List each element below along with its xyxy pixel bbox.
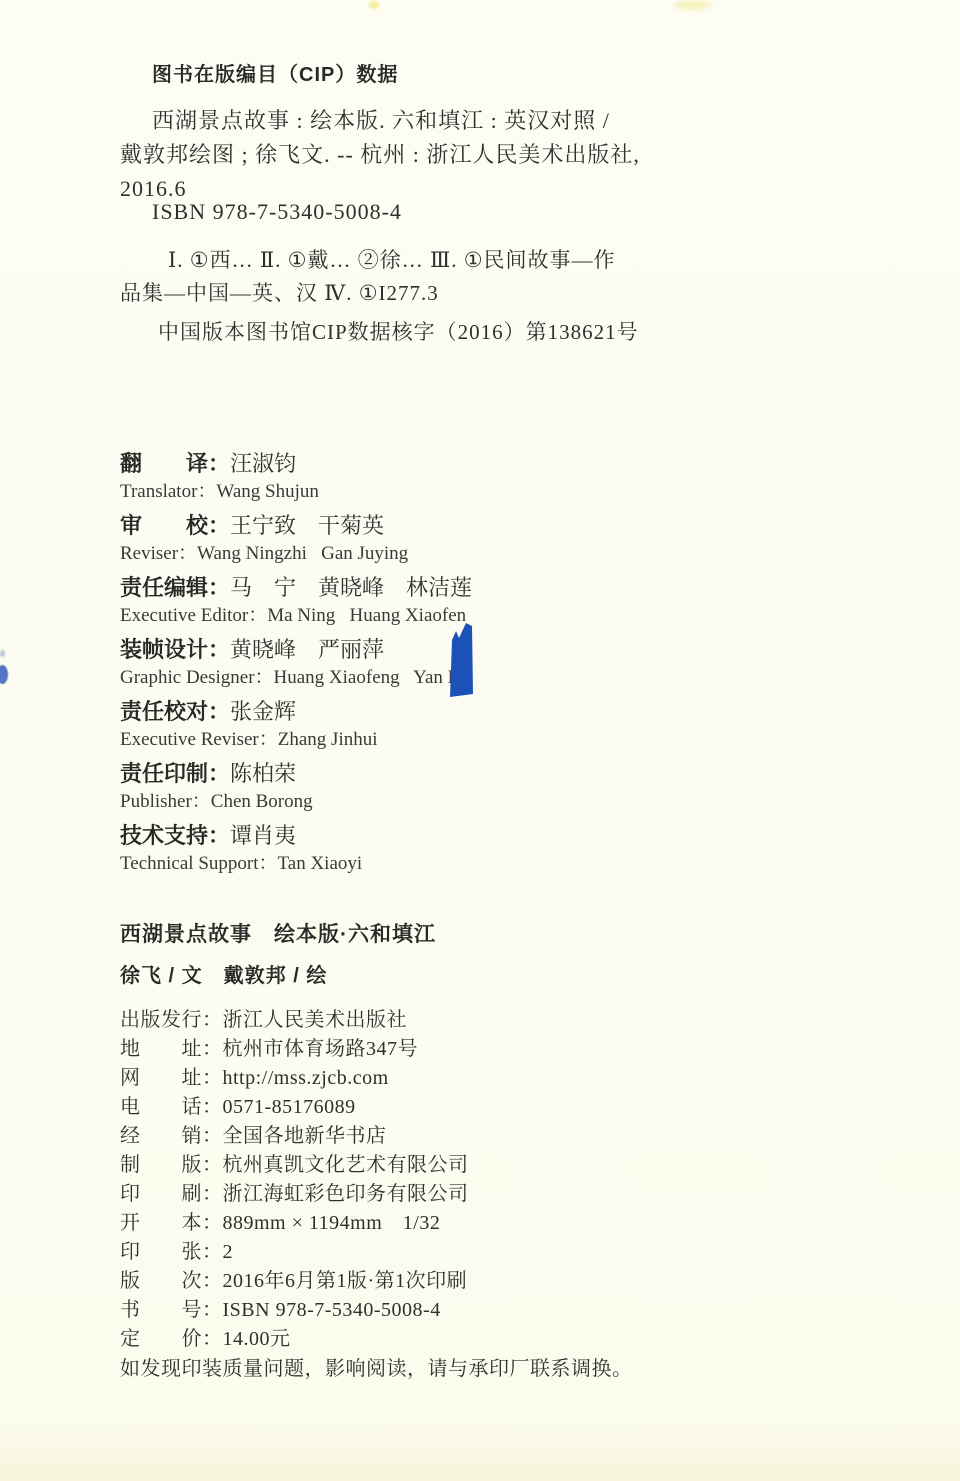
credit-label-zh: 审 校： xyxy=(120,513,230,538)
publishing-label: 网 址： xyxy=(120,1067,223,1089)
credit-value-zh: 王宁致 干菊英 xyxy=(230,513,384,538)
credit-row-executive-editor: 责任编辑：马 宁 黄晓峰 林洁莲 Executive Editor：Ma Nin… xyxy=(120,574,472,630)
yellow-stain-smudge xyxy=(674,0,712,10)
credit-row-executive-reviser: 责任校对：张金辉 Executive Reviser：Zhang Jinhui xyxy=(120,698,472,754)
publishing-colophon: 出版发行：浙江人民美术出版社 地 址：杭州市体育场路347号 网 址：http:… xyxy=(120,1006,633,1384)
cip-registration: 中国版本图书馆CIP数据核字（2016）第138621号 xyxy=(158,316,639,346)
credit-value-en: Tan Xiaoyi xyxy=(278,853,363,874)
publishing-label: 开 本： xyxy=(120,1212,223,1234)
credit-label-zh: 装帧设计： xyxy=(120,637,230,662)
yellow-stain-dot xyxy=(369,1,379,9)
book-title-block: 西湖景点故事 绘本版·六和填江 徐飞 / 文 戴敦邦 / 绘 xyxy=(120,918,436,988)
cip-description-line: 戴敦邦绘图 ; 徐飞文. -- 杭州 : 浙江人民美术出版社, xyxy=(120,138,640,172)
credit-row-reviser: 审 校：王宁致 干菊英 Reviser：Wang Ningzhi Gan Juy… xyxy=(120,512,472,568)
credit-row-translator: 翻 译：汪淑钧 Translator：Wang Shujun xyxy=(120,450,472,506)
publishing-label: 地 址： xyxy=(120,1038,223,1060)
publishing-value: 浙江海虹彩色印务有限公司 xyxy=(223,1183,469,1205)
credit-label-zh: 责任校对： xyxy=(120,699,230,724)
credit-value-en: Zhang Jinhui xyxy=(278,729,378,750)
publishing-value: 全国各地新华书店 xyxy=(223,1125,387,1147)
credit-value-zh: 陈柏荣 xyxy=(230,761,296,786)
credit-row-publisher: 责任印制：陈柏荣 Publisher：Chen Borong xyxy=(120,760,472,816)
copyright-page: 图书在版编目（CIP）数据 西湖景点故事 : 绘本版. 六和填江 : 英汉对照 … xyxy=(0,0,960,1481)
publishing-value: 14.00元 xyxy=(223,1328,291,1350)
publishing-row-price: 定 价：14.00元 xyxy=(120,1325,633,1354)
credit-label-en: Reviser： xyxy=(120,543,197,564)
publishing-label: 出版发行： xyxy=(120,1009,223,1031)
publishing-row-publisher: 出版发行：浙江人民美术出版社 xyxy=(120,1006,633,1035)
credit-row-graphic-designer: 装帧设计：黄晓峰 严丽萍 Graphic Designer：Huang Xiao… xyxy=(120,636,472,692)
publishing-value: 889mm × 1194mm 1/32 xyxy=(223,1212,441,1234)
credit-value-zh: 汪淑钧 xyxy=(230,451,296,476)
publishing-row-format: 开 本：889mm × 1194mm 1/32 xyxy=(120,1209,633,1238)
publishing-label: 定 价： xyxy=(120,1328,223,1350)
book-title: 西湖景点故事 绘本版·六和填江 xyxy=(120,918,436,948)
cip-header: 图书在版编目（CIP）数据 xyxy=(152,58,398,87)
cip-classification-line: 品集—中国—英、汉 Ⅳ. ①I277.3 xyxy=(120,277,616,310)
credit-value-zh: 马 宁 黄晓峰 林洁莲 xyxy=(230,575,472,600)
credit-label-en: Technical Support： xyxy=(120,853,278,874)
publishing-label: 印 张： xyxy=(120,1241,223,1263)
credit-value-en: Ma Ning Huang Xiaofen xyxy=(267,605,466,626)
credit-label-zh: 责任编辑： xyxy=(120,575,230,600)
credit-value-zh: 黄晓峰 严丽萍 xyxy=(230,637,384,662)
cip-description: 西湖景点故事 : 绘本版. 六和填江 : 英汉对照 / 戴敦邦绘图 ; 徐飞文.… xyxy=(120,104,640,206)
publishing-label: 电 话： xyxy=(120,1096,223,1118)
publishing-row-plate-making: 制 版：杭州真凯文化艺术有限公司 xyxy=(120,1151,633,1180)
publishing-row-website: 网 址：http://mss.zjcb.com xyxy=(120,1064,633,1093)
cip-classification-line: Ⅰ. ①西… Ⅱ. ①戴… ②徐… Ⅲ. ①民间故事—作 xyxy=(168,244,616,277)
credit-label-en: Translator： xyxy=(120,481,216,502)
publishing-row-distribution: 经 销：全国各地新华书店 xyxy=(120,1122,633,1151)
blue-ink-dot xyxy=(0,665,8,684)
credits-list: 翻 译：汪淑钧 Translator：Wang Shujun 审 校：王宁致 干… xyxy=(120,450,472,884)
publishing-label: 制 版： xyxy=(120,1154,223,1176)
publishing-row-edition: 版 次：2016年6月第1版·第1次印刷 xyxy=(120,1267,633,1296)
credit-value-en: Huang Xiaofeng Yan L xyxy=(274,667,460,688)
credit-label-en: Publisher： xyxy=(120,791,211,812)
publishing-value: 0571-85176089 xyxy=(223,1096,356,1118)
credit-label-zh: 技术支持： xyxy=(120,823,230,848)
publishing-row-sheets: 印 张：2 xyxy=(120,1238,633,1267)
credit-label-zh: 翻 译： xyxy=(120,451,230,476)
publishing-value: 杭州市体育场路347号 xyxy=(223,1038,419,1060)
credit-value-zh: 谭肖夷 xyxy=(230,823,296,848)
credit-row-technical-support: 技术支持：谭肖夷 Technical Support：Tan Xiaoyi xyxy=(120,822,472,878)
blue-ink-speck xyxy=(0,650,5,657)
publishing-label: 印 刷： xyxy=(120,1183,223,1205)
quality-notice: 如发现印装质量问题，影响阅读，请与承印厂联系调换。 xyxy=(120,1355,633,1384)
publishing-value: 浙江人民美术出版社 xyxy=(223,1009,408,1031)
publishing-value: 杭州真凯文化艺术有限公司 xyxy=(223,1154,469,1176)
book-byline: 徐飞 / 文 戴敦邦 / 绘 xyxy=(120,959,436,988)
publishing-label: 版 次： xyxy=(120,1270,223,1292)
credit-value-en: Wang Shujun xyxy=(216,481,318,502)
cip-isbn: ISBN 978-7-5340-5008-4 xyxy=(152,199,402,225)
publishing-label: 经 销： xyxy=(120,1125,223,1147)
publishing-row-isbn: 书 号：ISBN 978-7-5340-5008-4 xyxy=(120,1296,633,1325)
publishing-label: 书 号： xyxy=(120,1299,223,1321)
credit-value-zh: 张金辉 xyxy=(230,699,296,724)
credit-label-en: Executive Reviser： xyxy=(120,729,278,750)
publishing-value: 2016年6月第1版·第1次印刷 xyxy=(223,1270,468,1292)
publishing-value: 2 xyxy=(223,1241,234,1263)
credit-label-en: Graphic Designer： xyxy=(120,667,274,688)
credit-value-en: Wang Ningzhi Gan Juying xyxy=(197,543,408,564)
publishing-row-address: 地 址：杭州市体育场路347号 xyxy=(120,1035,633,1064)
publishing-row-telephone: 电 话：0571-85176089 xyxy=(120,1093,633,1122)
credit-label-en: Executive Editor： xyxy=(120,605,267,626)
publishing-row-printing: 印 刷：浙江海虹彩色印务有限公司 xyxy=(120,1180,633,1209)
publishing-value: ISBN 978-7-5340-5008-4 xyxy=(223,1299,441,1321)
credit-label-zh: 责任印制： xyxy=(120,761,230,786)
publishing-value: http://mss.zjcb.com xyxy=(223,1067,389,1089)
cip-classification: Ⅰ. ①西… Ⅱ. ①戴… ②徐… Ⅲ. ①民间故事—作 品集—中国—英、汉 Ⅳ… xyxy=(120,244,616,310)
credit-value-en: Chen Borong xyxy=(211,791,313,812)
cip-description-line: 西湖景点故事 : 绘本版. 六和填江 : 英汉对照 / xyxy=(152,104,640,138)
